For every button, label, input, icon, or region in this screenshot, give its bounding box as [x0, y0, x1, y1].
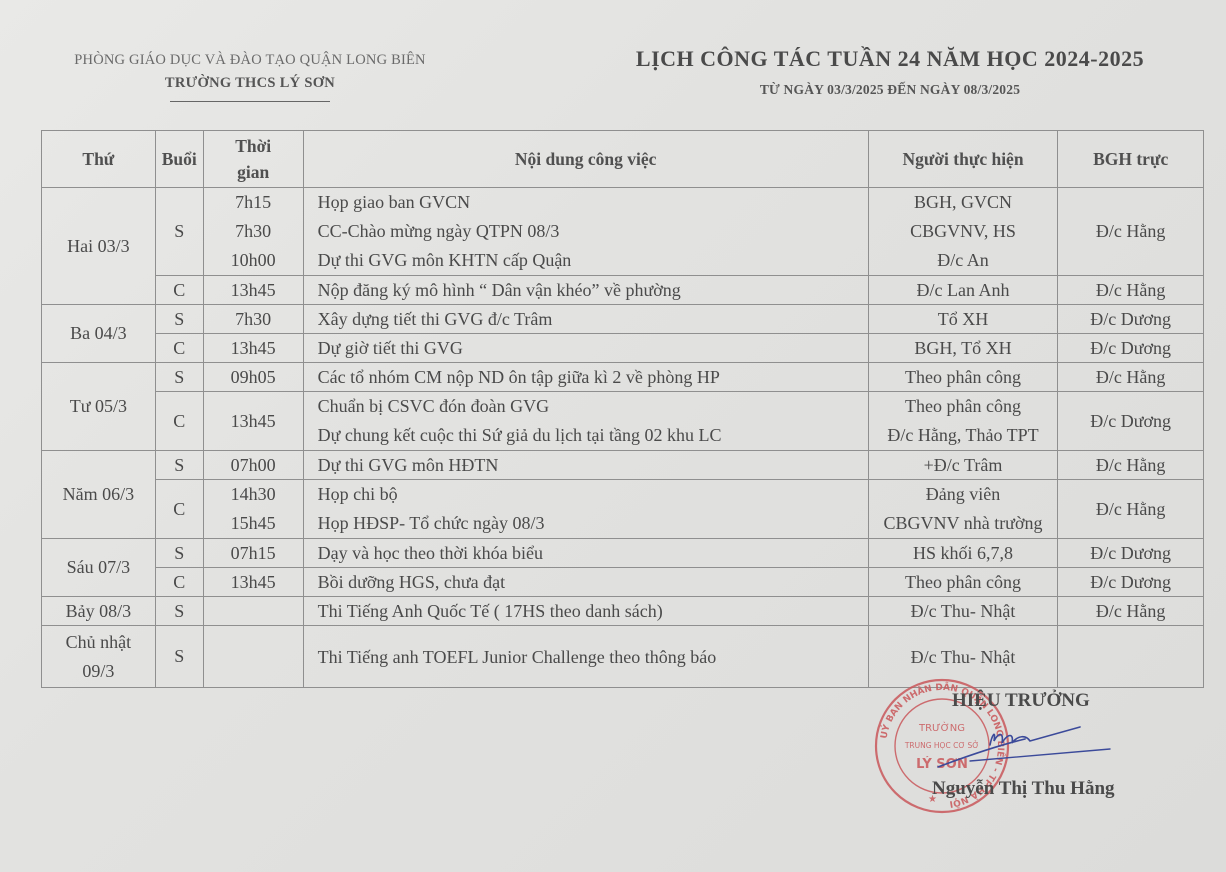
cell-line: Họp giao ban GVCN [318, 188, 862, 217]
cell-line: Họp chi bộ [318, 480, 862, 509]
cell-line: Đ/c Thu- Nhật [875, 597, 1052, 625]
cell-line: Chủ nhật [48, 628, 149, 657]
cell-line: Dạy và học theo thời khóa biểu [318, 539, 862, 567]
content-cell: Thi Tiếng anh TOEFL Junior Challenge the… [303, 626, 868, 688]
session-cell: S [155, 451, 203, 480]
column-header-time: Thờigian [203, 131, 303, 188]
session-cell: S [155, 597, 203, 626]
person-cell: +Đ/c Trâm [868, 451, 1058, 480]
cell-line: Dự thi GVG môn HĐTN [318, 451, 862, 479]
duty-cell: Đ/c Dương [1058, 334, 1204, 363]
column-header-session: Buổi [155, 131, 203, 188]
content-cell: Xây dựng tiết thi GVG đ/c Trâm [303, 305, 868, 334]
cell-line: 7h15 [210, 188, 297, 217]
cell-line: Dự giờ tiết thi GVG [318, 334, 862, 362]
cell-line: Chuẩn bị CSVC đón đoàn GVG [318, 392, 862, 421]
cell-line: Theo phân công [875, 363, 1052, 391]
content-cell: Bồi dưỡng HGS, chưa đạt [303, 568, 868, 597]
day-cell: Ba 04/3 [42, 305, 156, 363]
content-cell: Họp giao ban GVCNCC-Chào mừng ngày QTPN … [303, 188, 868, 276]
session-cell: C [155, 334, 203, 363]
time-cell: 13h45 [203, 334, 303, 363]
content-cell: Họp chi bộHọp HĐSP- Tổ chức ngày 08/3 [303, 480, 868, 539]
table-row: Hai 03/3S7h157h3010h00Họp giao ban GVCNC… [42, 188, 1204, 276]
time-cell: 07h00 [203, 451, 303, 480]
person-cell: Tổ XH [868, 305, 1058, 334]
person-cell: BGH, Tổ XH [868, 334, 1058, 363]
table-row: Chủ nhật09/3S Thi Tiếng anh TOEFL Junior… [42, 626, 1204, 688]
cell-line: Dự chung kết cuộc thi Sứ giả du lịch tại… [318, 421, 862, 450]
content-cell: Nộp đăng ký mô hình “ Dân vận khéo” về p… [303, 276, 868, 305]
content-cell: Chuẩn bị CSVC đón đoàn GVGDự chung kết c… [303, 392, 868, 451]
day-cell: Chủ nhật09/3 [42, 626, 156, 688]
duty-cell: Đ/c Dương [1058, 539, 1204, 568]
document-date-range: TỪ NGÀY 03/3/2025 ĐẾN NGÀY 08/3/2025 [590, 82, 1190, 98]
content-cell: Dự thi GVG môn HĐTN [303, 451, 868, 480]
column-header-person: Người thực hiện [868, 131, 1058, 188]
table-row: C13h45Dự giờ tiết thi GVGBGH, Tổ XHĐ/c D… [42, 334, 1204, 363]
day-cell: Năm 06/3 [42, 451, 156, 539]
duty-cell: Đ/c Hằng [1058, 188, 1204, 276]
person-cell: Đ/c Thu- Nhật [868, 597, 1058, 626]
cell-line: Bồi dưỡng HGS, chưa đạt [318, 568, 862, 596]
duty-cell: Đ/c Hằng [1058, 451, 1204, 480]
cell-line: Tổ XH [875, 305, 1052, 333]
cell-line: Nộp đăng ký mô hình “ Dân vận khéo” về p… [318, 276, 862, 304]
cell-line: 07h00 [210, 451, 297, 479]
handwritten-signature [930, 715, 1120, 775]
day-cell: Sáu 07/3 [42, 539, 156, 597]
cell-line: Đ/c Lan Anh [875, 276, 1052, 304]
cell-line: CBGVNV nhà trường [875, 509, 1052, 538]
table-row: Sáu 07/3S07h15Dạy và học theo thời khóa … [42, 539, 1204, 568]
cell-line: Đ/c Thu- Nhật [875, 643, 1052, 671]
person-cell: Theo phân công [868, 568, 1058, 597]
cell-line: Theo phân công [875, 392, 1052, 421]
time-cell: 7h30 [203, 305, 303, 334]
cell-line: 13h45 [210, 334, 297, 362]
table-row: Năm 06/3S07h00Dự thi GVG môn HĐTN+Đ/c Tr… [42, 451, 1204, 480]
person-cell: Theo phân côngĐ/c Hằng, Thảo TPT [868, 392, 1058, 451]
time-cell: 7h157h3010h00 [203, 188, 303, 276]
cell-line: Dự thi GVG môn KHTN cấp Quận [318, 246, 862, 275]
table-header-row: Thứ Buổi Thờigian Nội dung công việc Ngư… [42, 131, 1204, 188]
table-row: C13h45Bồi dưỡng HGS, chưa đạtTheo phân c… [42, 568, 1204, 597]
session-cell: C [155, 276, 203, 305]
document-title: LỊCH CÔNG TÁC TUẦN 24 NĂM HỌC 2024-2025 [590, 46, 1190, 72]
cell-line: +Đ/c Trâm [875, 451, 1052, 479]
person-cell: HS khối 6,7,8 [868, 539, 1058, 568]
schedule-body: Hai 03/3S7h157h3010h00Họp giao ban GVCNC… [42, 188, 1204, 688]
session-cell: S [155, 305, 203, 334]
person-cell: Theo phân công [868, 363, 1058, 392]
day-cell: Tư 05/3 [42, 363, 156, 451]
table-row: C13h45Chuẩn bị CSVC đón đoàn GVGDự chung… [42, 392, 1204, 451]
session-cell: S [155, 188, 203, 276]
person-cell: Đảng viênCBGVNV nhà trường [868, 480, 1058, 539]
cell-line: Theo phân công [875, 568, 1052, 596]
column-header-content: Nội dung công việc [303, 131, 868, 188]
table-row: Tư 05/3S09h05Các tổ nhóm CM nộp ND ôn tậ… [42, 363, 1204, 392]
time-cell: 13h45 [203, 276, 303, 305]
person-cell: Đ/c Lan Anh [868, 276, 1058, 305]
schedule-table: Thứ Buổi Thờigian Nội dung công việc Ngư… [41, 130, 1204, 688]
session-cell: C [155, 568, 203, 597]
department-name: PHÒNG GIÁO DỤC VÀ ĐÀO TẠO QUẬN LONG BIÊN [50, 52, 450, 69]
duty-cell: Đ/c Hằng [1058, 363, 1204, 392]
cell-line: BGH, GVCN [875, 188, 1052, 217]
duty-cell [1058, 626, 1204, 688]
cell-line: HS khối 6,7,8 [875, 539, 1052, 567]
cell-line: Đ/c An [875, 246, 1052, 275]
cell-line: 7h30 [210, 217, 297, 246]
day-cell: Bảy 08/3 [42, 597, 156, 626]
cell-line: 09/3 [48, 657, 149, 686]
duty-cell: Đ/c Dương [1058, 305, 1204, 334]
duty-cell: Đ/c Dương [1058, 392, 1204, 451]
cell-line: 15h45 [210, 509, 297, 538]
table-row: Bảy 08/3S Thi Tiếng Anh Quốc Tế ( 17HS t… [42, 597, 1204, 626]
cell-line: Thi Tiếng Anh Quốc Tế ( 17HS theo danh s… [318, 597, 862, 625]
cell-line: 07h15 [210, 539, 297, 567]
cell-line: 13h45 [210, 407, 297, 436]
session-cell: C [155, 480, 203, 539]
table-row: C13h45Nộp đăng ký mô hình “ Dân vận khéo… [42, 276, 1204, 305]
cell-line: Các tổ nhóm CM nộp ND ôn tập giữa kì 2 v… [318, 363, 862, 391]
time-cell: 13h45 [203, 568, 303, 597]
signer-role: HIỆU TRƯỞNG [952, 690, 1090, 712]
session-cell: S [155, 539, 203, 568]
cell-line: BGH, Tổ XH [875, 334, 1052, 362]
header-underline [170, 101, 330, 102]
cell-line: Thi Tiếng anh TOEFL Junior Challenge the… [318, 643, 862, 671]
session-cell: C [155, 392, 203, 451]
duty-cell: Đ/c Hằng [1058, 597, 1204, 626]
cell-line: Họp HĐSP- Tổ chức ngày 08/3 [318, 509, 862, 538]
table-row: C14h3015h45Họp chi bộHọp HĐSP- Tổ chức n… [42, 480, 1204, 539]
session-cell: S [155, 626, 203, 688]
time-cell [203, 597, 303, 626]
cell-line: 13h45 [210, 568, 297, 596]
cell-line: CC-Chào mừng ngày QTPN 08/3 [318, 217, 862, 246]
time-cell: 14h3015h45 [203, 480, 303, 539]
time-cell: 09h05 [203, 363, 303, 392]
document-heading: LỊCH CÔNG TÁC TUẦN 24 NĂM HỌC 2024-2025 … [590, 46, 1190, 98]
duty-cell: Đ/c Hằng [1058, 480, 1204, 539]
session-cell: S [155, 363, 203, 392]
issuing-authority: PHÒNG GIÁO DỤC VÀ ĐÀO TẠO QUẬN LONG BIÊN… [50, 52, 450, 102]
time-cell [203, 626, 303, 688]
table-row: Ba 04/3S7h30Xây dựng tiết thi GVG đ/c Tr… [42, 305, 1204, 334]
cell-line: 09h05 [210, 363, 297, 391]
cell-line: Đ/c Hằng, Thảo TPT [875, 421, 1052, 450]
cell-line: 7h30 [210, 305, 297, 333]
content-cell: Thi Tiếng Anh Quốc Tế ( 17HS theo danh s… [303, 597, 868, 626]
column-header-day: Thứ [42, 131, 156, 188]
time-cell: 13h45 [203, 392, 303, 451]
content-cell: Dạy và học theo thời khóa biểu [303, 539, 868, 568]
content-cell: Dự giờ tiết thi GVG [303, 334, 868, 363]
cell-line: 13h45 [210, 276, 297, 304]
cell-line: Xây dựng tiết thi GVG đ/c Trâm [318, 305, 862, 333]
cell-line: Đảng viên [875, 480, 1052, 509]
cell-line: 14h30 [210, 480, 297, 509]
signer-name: Nguyễn Thị Thu Hằng [932, 778, 1115, 800]
cell-line: 10h00 [210, 246, 297, 275]
person-cell: BGH, GVCNCBGVNV, HSĐ/c An [868, 188, 1058, 276]
column-header-duty: BGH trực [1058, 131, 1204, 188]
day-cell: Hai 03/3 [42, 188, 156, 305]
cell-line: CBGVNV, HS [875, 217, 1052, 246]
duty-cell: Đ/c Hằng [1058, 276, 1204, 305]
school-name: TRƯỜNG THCS LÝ SƠN [50, 75, 450, 92]
content-cell: Các tổ nhóm CM nộp ND ôn tập giữa kì 2 v… [303, 363, 868, 392]
duty-cell: Đ/c Dương [1058, 568, 1204, 597]
time-cell: 07h15 [203, 539, 303, 568]
